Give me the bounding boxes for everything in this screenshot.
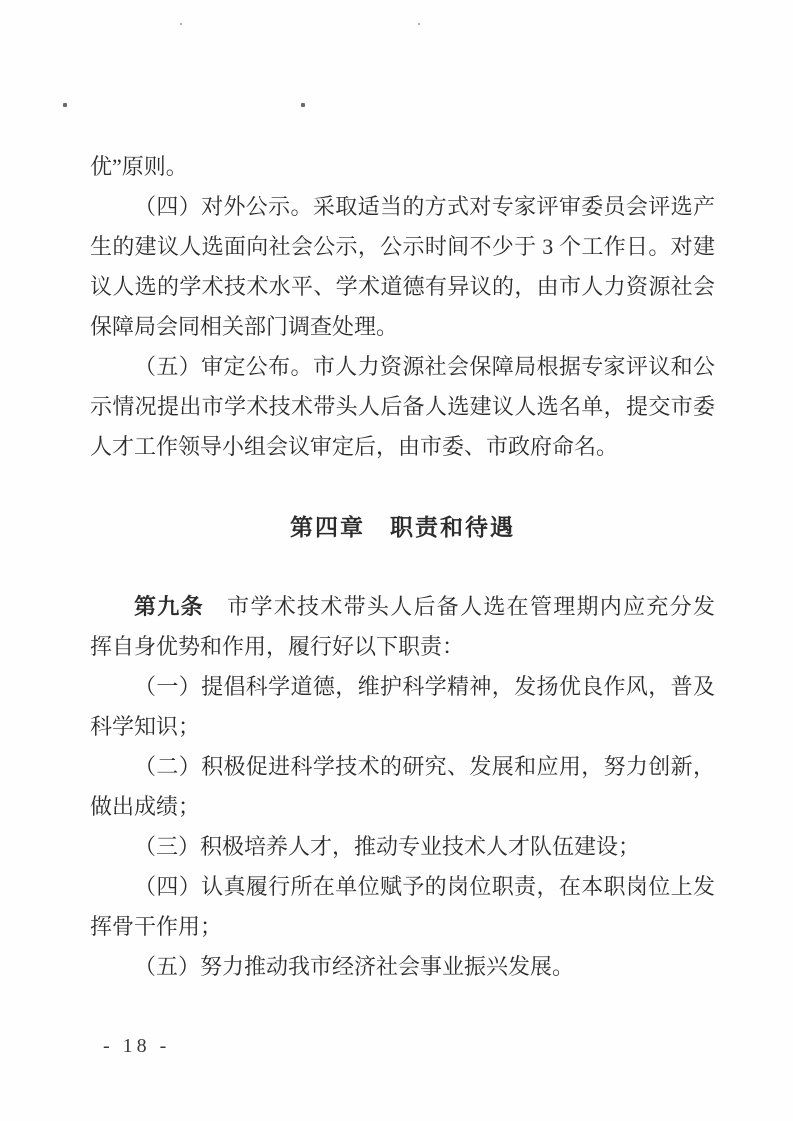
article-number: 第九条 — [134, 594, 204, 619]
article-text: 市学术技术带头人后备人选在管理期内应充分发 — [204, 594, 715, 619]
scan-speck — [180, 23, 182, 25]
paragraph-line: 示情况提出市学术技术带头人后备人选建议人选名单，提交市委 — [90, 387, 715, 427]
paragraph-line: （五）审定公布。市人力资源社会保障局根据专家评议和公 — [90, 347, 715, 387]
article-opening-line: 第九条 市学术技术带头人后备人选在管理期内应充分发 — [90, 587, 715, 627]
chapter-heading: 第四章 职责和待遇 — [90, 507, 715, 547]
paragraph-line: 人才工作领导小组会议审定后，由市委、市政府命名。 — [90, 427, 715, 467]
paragraph-line: （二）积极促进科学技术的研究、发展和应用，努力创新， — [90, 747, 715, 787]
paragraph-line: （五）努力推动我市经济社会事业振兴发展。 — [90, 947, 715, 987]
paragraph-line: 科学知识； — [90, 707, 715, 747]
scanned-document-page: 优”原则。 （四）对外公示。采取适当的方式对专家评审委员会评选产 生的建议人选面… — [0, 0, 793, 1121]
paragraph-line: （四）认真履行所在单位赋予的岗位职责，在本职岗位上发 — [90, 867, 715, 907]
scan-speck — [63, 103, 67, 107]
paragraph-line: 议人选的学术技术水平、学术道德有异议的，由市人力资源社会 — [90, 267, 715, 307]
paragraph-line: 保障局会同相关部门调查处理。 — [90, 307, 715, 347]
paragraph-line: 优”原则。 — [90, 147, 715, 187]
paragraph-line: 挥骨干作用； — [90, 907, 715, 947]
paragraph-line: 挥自身优势和作用，履行好以下职责： — [90, 627, 715, 667]
paragraph-line: （四）对外公示。采取适当的方式对专家评审委员会评选产 — [90, 187, 715, 227]
scan-speck — [418, 23, 420, 25]
paragraph-line: 生的建议人选面向社会公示，公示时间不少于 3 个工作日。对建 — [90, 227, 715, 267]
page-number: - 18 - — [103, 1034, 170, 1058]
scan-speck — [301, 103, 305, 107]
document-body: 优”原则。 （四）对外公示。采取适当的方式对专家评审委员会评选产 生的建议人选面… — [90, 147, 715, 987]
paragraph-line: （三）积极培养人才，推动专业技术人才队伍建设； — [90, 827, 715, 867]
paragraph-line: 做出成绩； — [90, 787, 715, 827]
paragraph-line: （一）提倡科学道德，维护科学精神，发扬优良作风，普及 — [90, 667, 715, 707]
